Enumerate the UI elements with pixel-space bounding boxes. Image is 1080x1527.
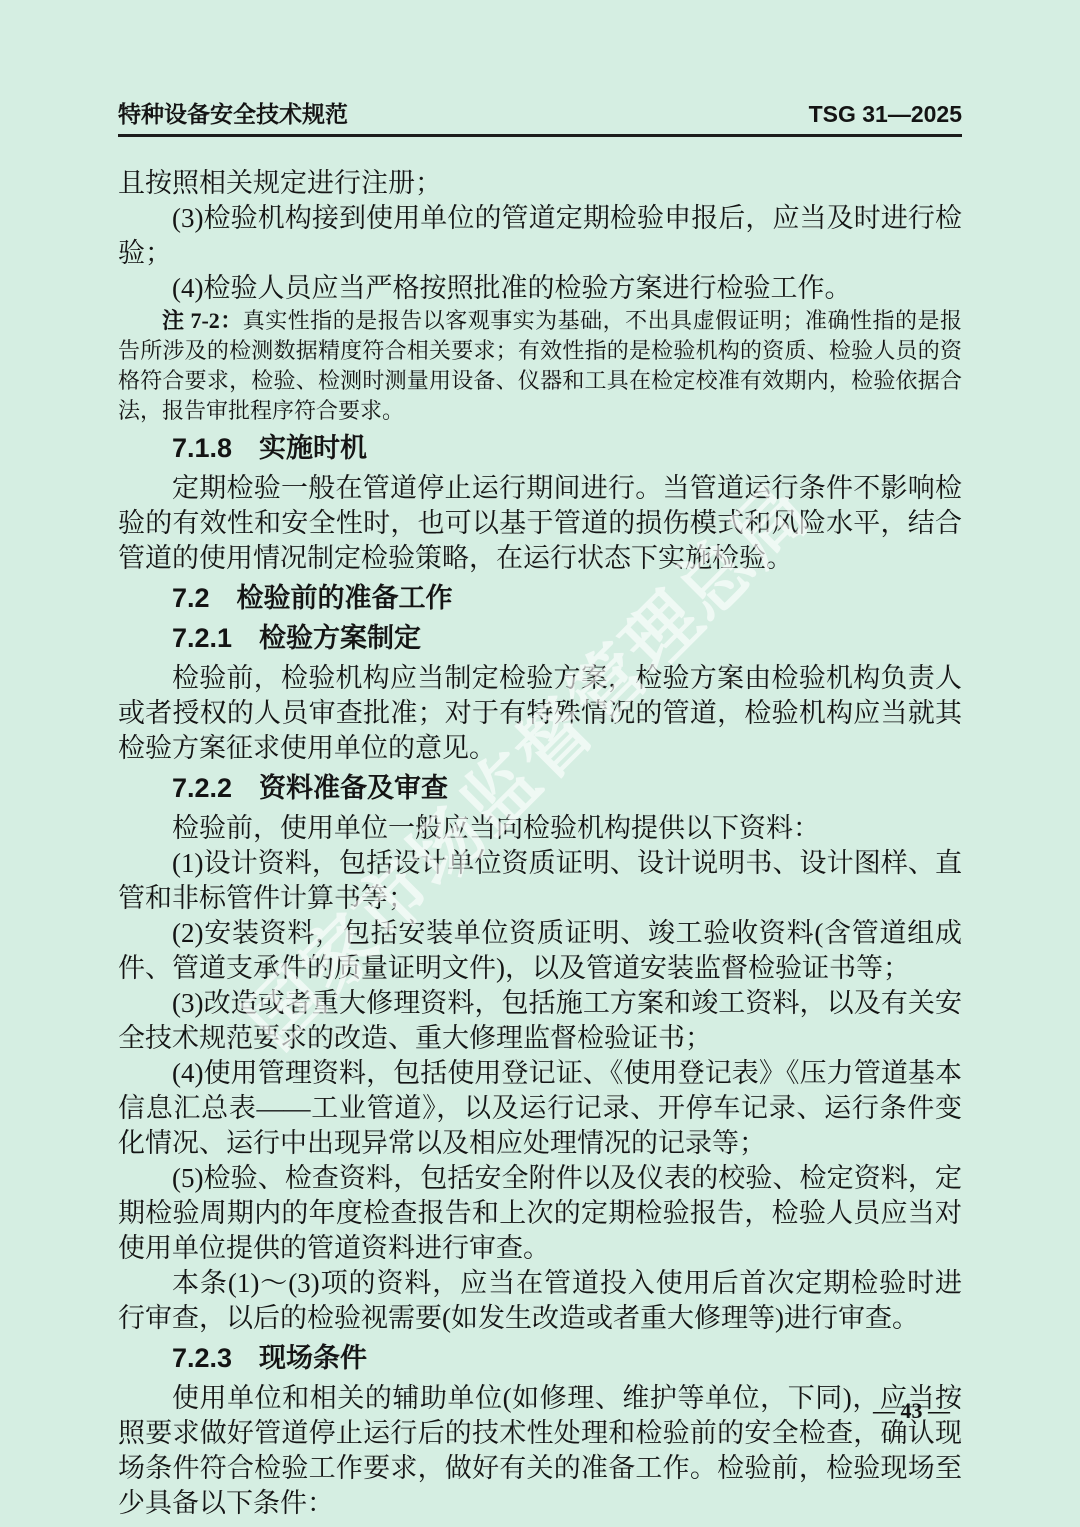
heading-7-2: 7.2 检验前的准备工作 [118,581,962,616]
note-label: 注 7-2： [162,308,243,333]
header-title: 特种设备安全技术规范 [118,100,348,128]
heading-7-2-2: 7.2.2 资料准备及审查 [118,771,962,806]
list-item-doc-1: (1)设计资料，包括设计单位资质证明、设计说明书、设计图样、直管和非标管件计算书… [118,846,962,916]
list-item-doc-5: (5)检验、检查资料，包括安全附件以及仪表的校验、检定资料，定期检验周期内的年度… [118,1161,962,1266]
heading-7-2-3: 7.2.3 现场条件 [118,1341,962,1376]
list-item-doc-2: (2)安装资料，包括安装单位资质证明、竣工验收资料(含管道组成件、管道支承件的质… [118,916,962,986]
list-item-reg-3: (3)检验机构接到使用单位的管道定期检验申报后，应当及时进行检验； [118,201,962,271]
note-text: 真实性指的是报告以客观事实为基础，不出具虚假证明；准确性指的是报告所涉及的检测数… [118,308,962,423]
list-item-doc-4: (4)使用管理资料，包括使用登记证、《使用登记表》《压力管道基本信息汇总表——工… [118,1056,962,1161]
paragraph-site-conditions: 使用单位和相关的辅助单位(如修理、维护等单位，下同)，应当按照要求做好管道停止运… [118,1381,962,1521]
heading-7-2-1: 7.2.1 检验方案制定 [118,621,962,656]
note-7-2: 注 7-2：真实性指的是报告以客观事实为基础，不出具虚假证明；准确性指的是报告所… [118,306,962,426]
page-header: 特种设备安全技术规范 TSG 31—2025 [118,100,962,137]
paragraph-timing: 定期检验一般在管道停止运行期间进行。当管道运行条件不影响检验的有效性和安全性时，… [118,471,962,576]
list-item-doc-3: (3)改造或者重大修理资料，包括施工方案和竣工资料，以及有关安全技术规范要求的改… [118,986,962,1056]
page-number: — 43 — [873,1398,950,1424]
list-item-reg-4: (4)检验人员应当严格按照批准的检验方案进行检验工作。 [118,271,962,306]
document-page: 特种设备安全技术规范 TSG 31—2025 且按照相关规定进行注册； (3)检… [0,0,1080,1527]
document-body: 且按照相关规定进行注册； (3)检验机构接到使用单位的管道定期检验申报后，应当及… [118,166,962,1521]
heading-7-1-8: 7.1.8 实施时机 [118,431,962,466]
paragraph-continuation: 且按照相关规定进行注册； [118,166,962,201]
paragraph-review-note: 本条(1)～(3)项的资料，应当在管道投入使用后首次定期检验时进行审查，以后的检… [118,1266,962,1336]
paragraph-inspection-plan: 检验前，检验机构应当制定检验方案，检验方案由检验机构负责人或者授权的人员审查批准… [118,661,962,766]
paragraph-materials-intro: 检验前，使用单位一般应当向检验机构提供以下资料： [118,811,962,846]
header-doc-number: TSG 31—2025 [809,100,962,128]
